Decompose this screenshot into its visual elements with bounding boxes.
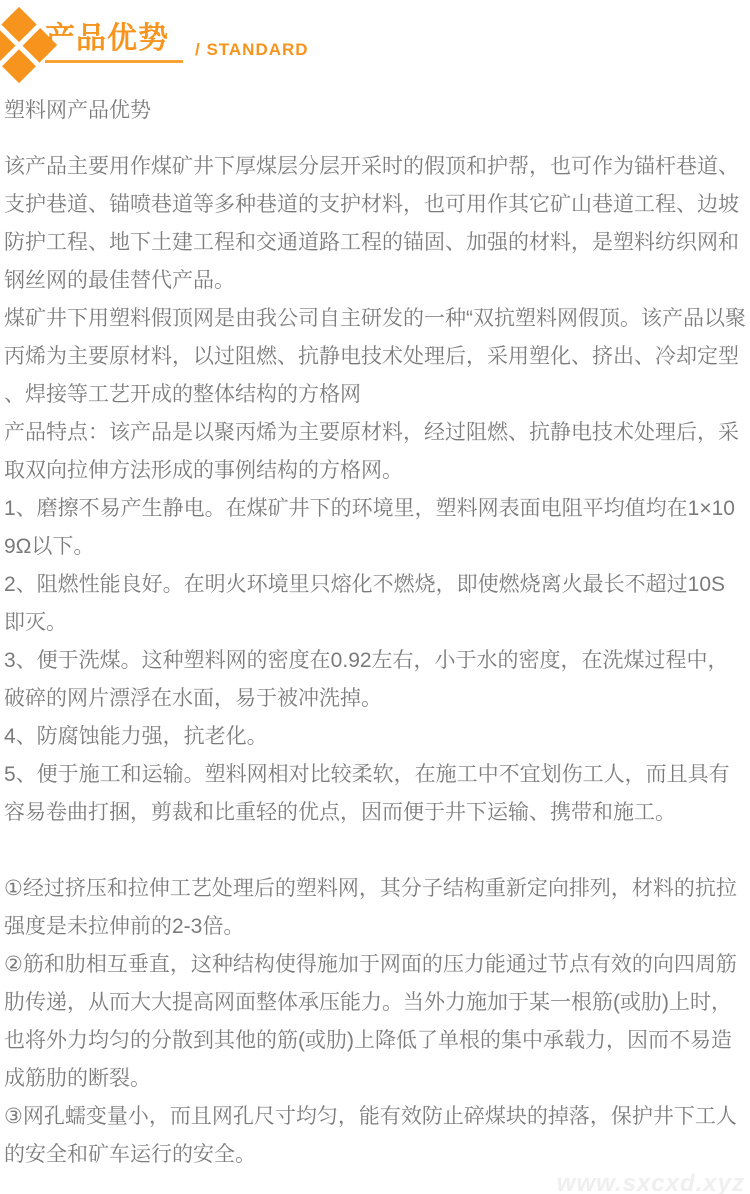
section-header: 产品优势 / STANDARD [0,0,750,80]
product-advantages-page: 产品优势 / STANDARD 塑料网产品优势 该产品主要用作煤矿井下厚煤层分层… [0,0,750,1194]
section-subtitle: / STANDARD [195,40,309,60]
paragraph-usage: 该产品主要用作煤矿井下厚煤层分层开采时的假顶和护帮，也可作为锚杆巷道、支护巷道、… [4,148,746,300]
paragraph-note-3: ③网孔蠕变量小，而且网孔尺寸均匀，能有效防止碎煤块的掉落，保护井下工人的安全和矿… [4,1098,746,1174]
watermark: www.sxcxd.xyz [557,1170,745,1194]
paragraph-feature-5: 5、便于施工和运输。塑料网相对比较柔软，在施工中不宜划伤工人，而且具有容易卷曲打… [4,756,746,832]
paragraph-product-intro: 煤矿井下用塑料假顶网是由我公司自主研发的一种“双抗塑料网假顶。该产品以聚丙烯为主… [4,300,746,414]
diamond-cluster-icon [0,18,46,72]
paragraph-note-1: ①经过挤压和拉伸工艺处理后的塑料网，其分子结构重新定向排列，材料的抗拉强度是未拉… [4,870,746,946]
paragraph-feature-1: 1、磨擦不易产生静电。在煤矿井下的环境里，塑料网表面电阻平均值均在1×109Ω以… [4,490,746,566]
content-area: 塑料网产品优势 该产品主要用作煤矿井下厚煤层分层开采时的假顶和护帮，也可作为锚杆… [0,80,750,1174]
content-heading: 塑料网产品优势 [4,92,746,130]
paragraph-note-2: ②筋和肋相互垂直，这种结构使得施加于网面的压力能通过节点有效的向四周筋肋传递，从… [4,946,746,1098]
paragraph-feature-2: 2、阻燃性能良好。在明火环境里只熔化不燃烧，即使燃烧离火最长不超过10S即灭。 [4,566,746,642]
paragraph-feature-3: 3、便于洗煤。这种塑料网的密度在0.92左右，小于水的密度，在洗煤过程中，破碎的… [4,642,746,718]
paragraph-feature-4: 4、防腐蚀能力强，抗老化。 [4,718,746,756]
section-title: 产品优势 [45,22,183,63]
paragraph-features-intro: 产品特点：该产品是以聚丙烯为主要原材料，经过阻燃、抗静电技术处理后，采取双向拉伸… [4,414,746,490]
